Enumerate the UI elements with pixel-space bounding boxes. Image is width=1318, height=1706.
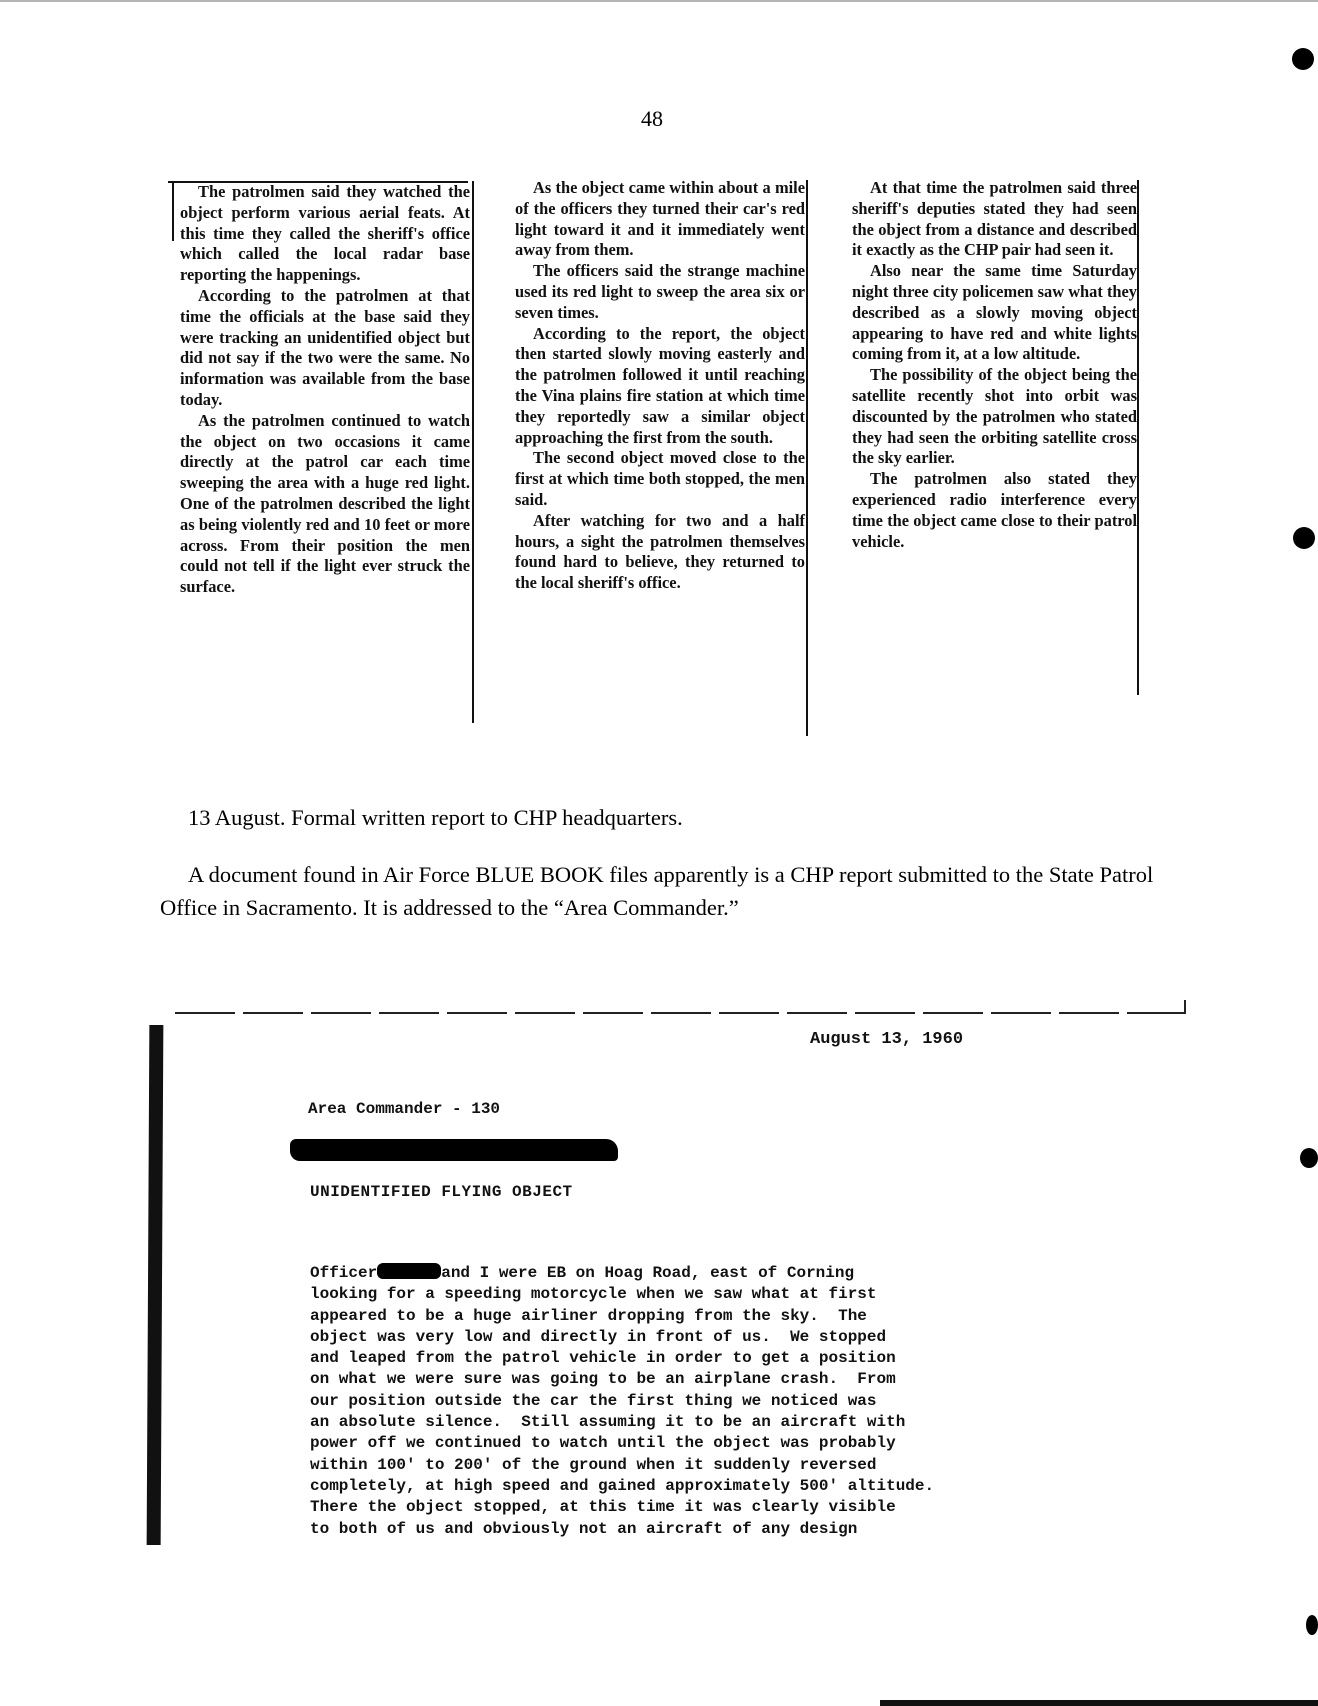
- memo-line: on what we were sure was going to be an …: [310, 1370, 896, 1388]
- paragraph: The possibility of the object being the …: [852, 365, 1137, 469]
- memo-body: Officerand I were EB on Hoag Road, east …: [310, 1263, 1010, 1540]
- memo-body-prefix: Officer: [310, 1264, 377, 1282]
- memo-line: There the object stopped, at this time i…: [310, 1498, 896, 1516]
- column-rule: [172, 181, 174, 241]
- paragraph: The second object moved close to the fir…: [515, 448, 805, 510]
- binder-hole: [1293, 527, 1315, 549]
- paragraph: As the patrolmen continued to watch the …: [180, 411, 470, 598]
- redaction-bar: [290, 1139, 618, 1161]
- binder-hole: [1292, 48, 1314, 70]
- column-rule: [806, 180, 808, 736]
- paragraph: After watching for two and a half hours,…: [515, 511, 805, 594]
- memo-top-edge: [175, 1012, 1185, 1014]
- memo-line: within 100' to 200' of the ground when i…: [310, 1456, 877, 1474]
- memo-line: looking for a speeding motorcycle when w…: [310, 1285, 877, 1303]
- memo-subject: UNIDENTIFIED FLYING OBJECT: [310, 1183, 573, 1201]
- memo-left-edge-shadow: [147, 1025, 164, 1545]
- clipping-column-3: At that time the patrolmen said three sh…: [852, 178, 1137, 552]
- clipping-column-1: The patrolmen said they watched the obje…: [180, 182, 470, 598]
- scan-bottom-edge: [880, 1700, 1318, 1706]
- paragraph: According to the report, the object then…: [515, 324, 805, 449]
- redacted-name: [377, 1263, 441, 1279]
- paragraph: The patrolmen also stated they experienc…: [852, 469, 1137, 552]
- page-number: 48: [641, 106, 663, 132]
- clipping-column-2: As the object came within about a mile o…: [515, 178, 805, 594]
- paragraph: As the object came within about a mile o…: [515, 178, 805, 261]
- memo-line: object was very low and directly in fron…: [310, 1328, 886, 1346]
- memo-line: and leaped from the patrol vehicle in or…: [310, 1349, 896, 1367]
- memo-line: appeared to be a huge airliner dropping …: [310, 1307, 867, 1325]
- column-rule: [472, 181, 474, 723]
- scan-top-edge: [0, 0, 1318, 2]
- binder-hole: [1300, 1148, 1318, 1168]
- paragraph: According to the patrolmen at that time …: [180, 286, 470, 411]
- memo-line: an absolute silence. Still assuming it t…: [310, 1413, 905, 1431]
- memo-addressee: Area Commander - 130: [308, 1100, 500, 1118]
- memo-body-suffix: and I were EB on Hoag Road, east of Corn…: [441, 1264, 854, 1282]
- memo-line: our position outside the car the first t…: [310, 1392, 877, 1410]
- paragraph: At that time the patrolmen said three sh…: [852, 178, 1137, 261]
- memo-line: to both of us and obviously not an aircr…: [310, 1520, 857, 1538]
- paragraph: The officers said the strange machine us…: [515, 261, 805, 323]
- narrative-heading: 13 August. Formal written report to CHP …: [188, 801, 683, 834]
- narrative-paragraph: A document found in Air Force BLUE BOOK …: [160, 858, 1160, 924]
- memo-date: August 13, 1960: [810, 1030, 963, 1049]
- paragraph: The patrolmen said they watched the obje…: [180, 182, 470, 286]
- memo-line: power off we continued to watch until th…: [310, 1434, 896, 1452]
- binder-hole: [1306, 1615, 1318, 1635]
- memo-line: completely, at high speed and gained app…: [310, 1477, 934, 1495]
- column-rule: [1137, 180, 1139, 695]
- paragraph: Also near the same time Saturday night t…: [852, 261, 1137, 365]
- memo-right-edge: [1184, 1000, 1186, 1014]
